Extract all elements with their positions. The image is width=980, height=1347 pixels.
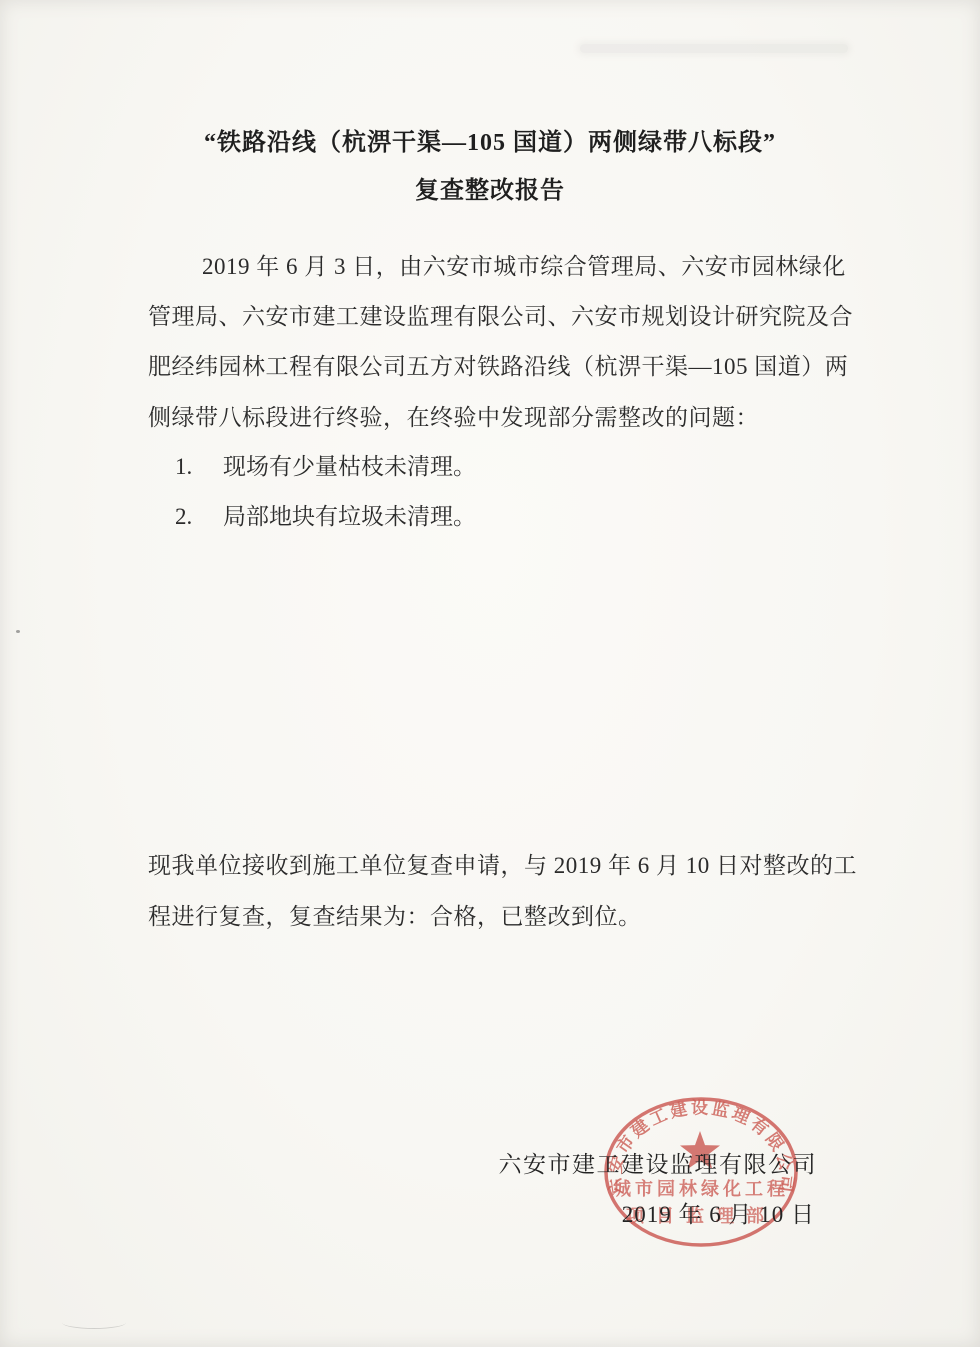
- list-item-2-number: 2.: [175, 502, 223, 532]
- list-item-1-text: 现场有少量枯枝未清理。: [223, 454, 476, 479]
- paragraph1-line1: 2019 年 6 月 3 日，由六安市城市综合管理局、六安市园林绿化: [148, 252, 858, 282]
- document-title-line2: 复查整改报告: [0, 177, 980, 205]
- paragraph1-line2: 管理局、六安市建工建设监理有限公司、六安市规划设计研究院及合: [148, 302, 858, 332]
- scan-artifact-speck: [16, 630, 20, 633]
- paragraph1-line3: 肥经纬园林工程有限公司五方对铁路沿线（杭淠干渠—105 国道）两: [148, 352, 858, 382]
- scan-artifact-smudge: [580, 44, 848, 53]
- paragraph1-line4: 侧绿带八标段进行终验，在终验中发现部分需整改的问题：: [148, 403, 858, 433]
- list-item-2: 2.局部地块有垃圾未清理。: [148, 502, 858, 532]
- paragraph2-line2: 程进行复查，复查结果为：合格，已整改到位。: [148, 902, 858, 932]
- stamp-line1: 城市园林绿化工程: [613, 1178, 789, 1199]
- scan-artifact-mark: [62, 1316, 126, 1329]
- list-item-1: 1.现场有少量枯枝未清理。: [148, 452, 858, 482]
- document-page: “铁路沿线（杭淠干渠—105 国道）两侧绿带八标段” 复查整改报告 2019 年…: [0, 0, 980, 1347]
- paragraph2-line1: 现我单位接收到施工单位复查申请，与 2019 年 6 月 10 日对整改的工: [148, 851, 858, 881]
- signature-date: 2019 年 6 月 10 日: [622, 1200, 815, 1230]
- document-title-line1: “铁路沿线（杭淠干渠—105 国道）两侧绿带八标段”: [0, 128, 980, 158]
- signature-company: 六安市建工建设监理有限公司: [499, 1150, 818, 1180]
- list-item-1-number: 1.: [175, 452, 223, 482]
- list-item-2-text: 局部地块有垃圾未清理。: [223, 504, 476, 529]
